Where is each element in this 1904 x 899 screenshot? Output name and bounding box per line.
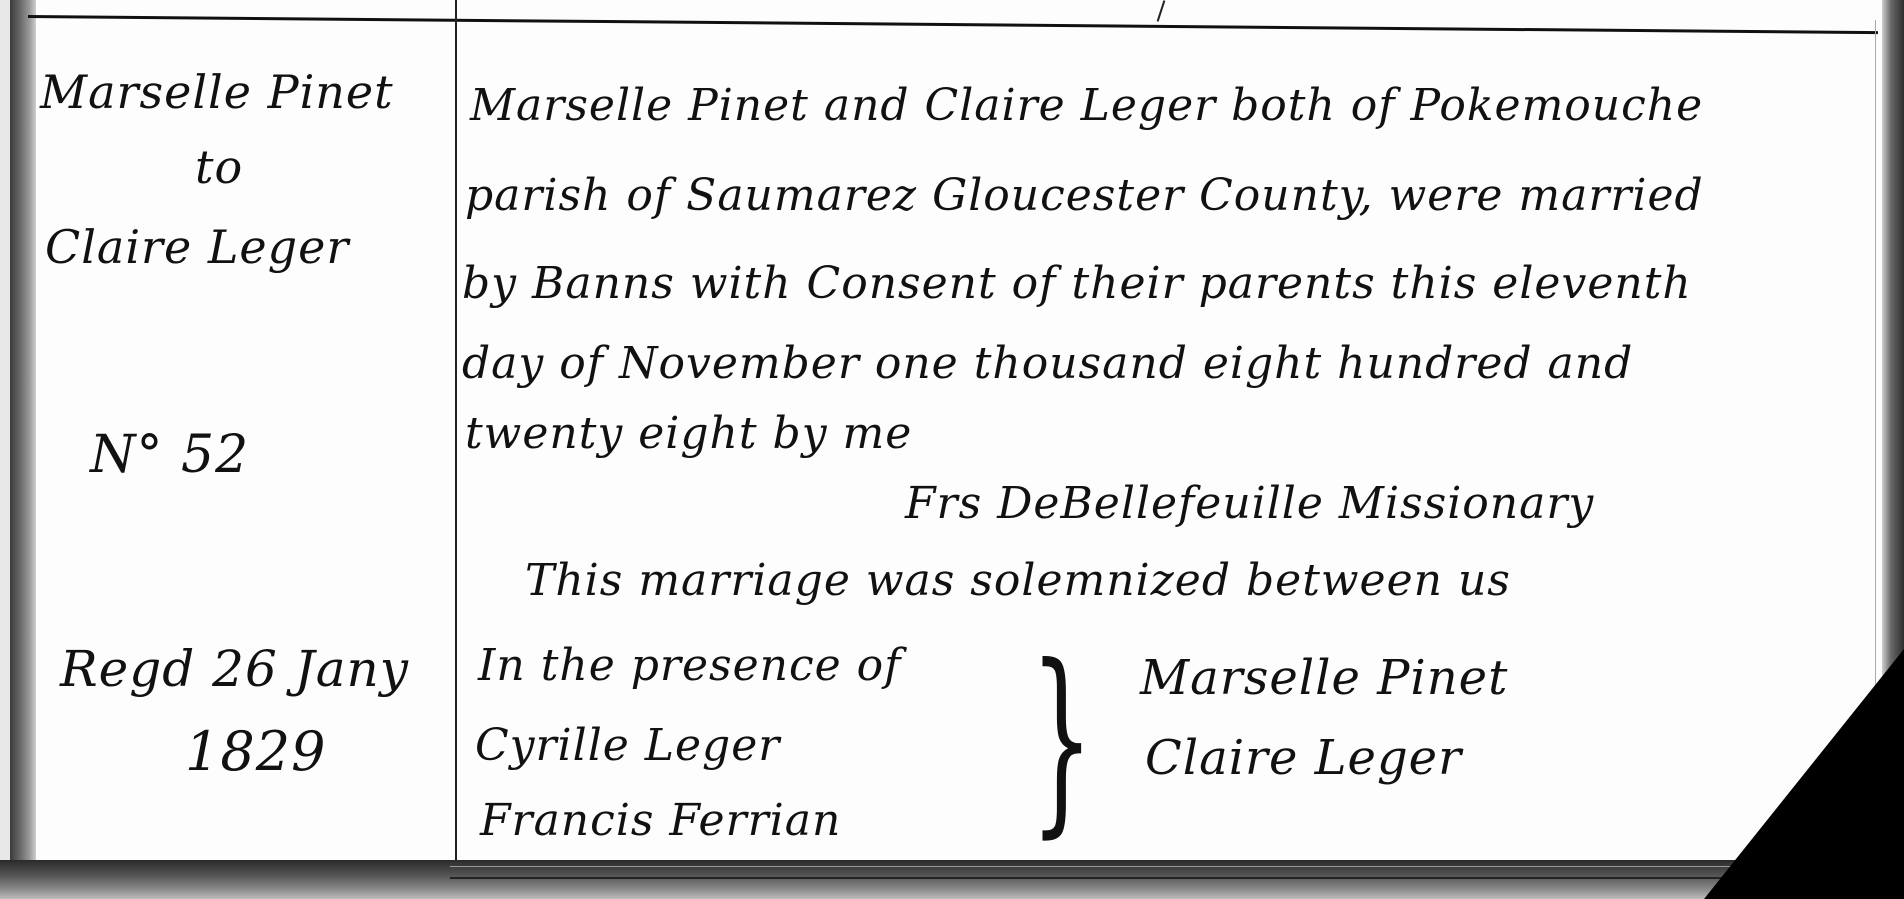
party-signature-1: Marselle Pinet [1140, 650, 1508, 706]
witness-2: Francis Ferrian [480, 795, 841, 846]
officiant-signature: Frs DeBellefeuille Missionary [905, 478, 1594, 529]
registered-date: Regd 26 Jany [60, 640, 409, 698]
presence-label: In the presence of [478, 640, 901, 691]
column-divider [455, 0, 457, 868]
body-line-1: Marselle Pinet and Claire Leger both of … [470, 80, 1703, 131]
register-page: Marselle Pinet to Claire Leger N° 52 Reg… [0, 0, 1904, 899]
witness-1: Cyrille Leger [475, 720, 780, 771]
left-binding-shadow [10, 0, 36, 870]
corner-shadow [1704, 649, 1904, 899]
body-line-3: by Banns with Consent of their parents t… [462, 258, 1692, 309]
body-line-2: parish of Saumarez Gloucester County, we… [465, 170, 1704, 221]
margin-bride-name: Claire Leger [45, 220, 349, 274]
body-line-5: twenty eight by me [465, 408, 912, 459]
solemnized-statement: This marriage was solemnized between us [525, 555, 1511, 606]
bottom-page-stack [450, 866, 1750, 879]
brace-glyph: } [1030, 640, 1094, 840]
top-ruled-line [28, 15, 1878, 34]
registered-year: 1829 [185, 720, 326, 783]
previous-entry-stroke [1157, 0, 1166, 22]
party-signature-2: Claire Leger [1145, 730, 1462, 786]
margin-conjunction: to [195, 140, 243, 194]
page-outer-edge [0, 0, 10, 899]
body-line-4: day of November one thousand eight hundr… [462, 338, 1633, 389]
margin-groom-name: Marselle Pinet [40, 65, 394, 119]
entry-number: N° 52 [90, 425, 249, 485]
